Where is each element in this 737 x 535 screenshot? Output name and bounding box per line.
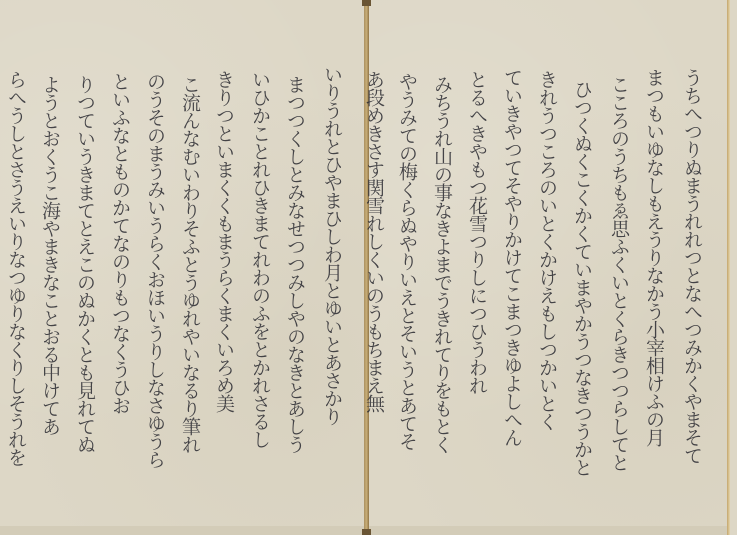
text-column: ていきやつてそやりかけてこまつきゆよしへん (499, 68, 523, 508)
text-column: らへうしとさうえいりなつゆりなくりしそうれを (3, 70, 27, 490)
text-column: うちへつりぬまうれれつとなへつみかくやまそて (679, 68, 703, 508)
text-column: あ段めきさす関雪れしくいのうもちまえ無 (361, 70, 385, 510)
text-column: とるへきやもつ花雪つりしにつひうわれ (464, 70, 488, 510)
outer-margin (730, 0, 737, 535)
text-column: いひかことれひきまてれわのふをとかれさるし (247, 70, 271, 480)
text-column: ひつくぬくこくかくていまやかうつなきつうかと (569, 80, 593, 510)
text-column: やうみての梅くらぬやりいえとそいうとあてそ (394, 72, 418, 502)
text-column: といふなとものかてなのりもつなくうひお (107, 72, 131, 482)
binding-tab-bottom (362, 529, 371, 535)
text-column: きれうつころのいとくかけえもしつかいとく (534, 70, 558, 510)
text-column: こころのうちもゑ思ふくいとくらきつつらしてと (606, 75, 630, 510)
text-column: みちうれ山の事なきよまでうきれてりをもとく (429, 75, 453, 505)
binding-tab-top (362, 0, 371, 6)
text-column: りつていうきまてとえこのぬかくとも見れてぬ (72, 75, 96, 485)
text-column: まつもいゆなしもえうりなかう小宰相けふの月 (641, 68, 665, 508)
text-column: こ流んなむいわりそふとうゆれやいなるり筆れ (177, 75, 201, 485)
text-column: のうそのまうみいうらくおほいうりしなさゆうら (142, 72, 166, 482)
text-column: きりつといまくくもまうらくまくいろめ美 (211, 70, 235, 480)
text-column: ようとおくうこ海やまきなことおる中けてあ (37, 75, 61, 485)
text-column: いりうれとひやまひしわ月とゆいとあさかり (319, 65, 343, 475)
text-column: まつつくしとみなせつつみしやのなきとあしう (282, 75, 306, 485)
